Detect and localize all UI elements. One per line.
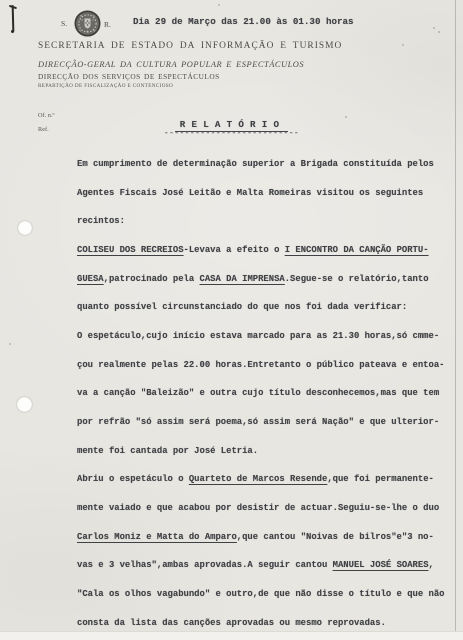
body-line: Carlos Moniz e Matta do Amparo,que canto…: [77, 523, 452, 552]
paper-speck: [218, 4, 220, 6]
paper-speck: [345, 116, 347, 118]
event-date-line: Dia 29 de Março das 21.00 às 01.30 horas: [133, 16, 354, 27]
paper-speck: [9, 343, 11, 345]
title-underline-dashes: --------------------------: [0, 132, 463, 136]
body-line: O espetáculo,cujo início estava marcado …: [77, 322, 452, 351]
body-line: mente foi cantada por José Letria.: [77, 437, 452, 466]
stamp-letter-r: R.: [104, 20, 111, 29]
letterhead-secretaria: SECRETARIA DE ESTADO DA INFORMAÇÃO E TUR…: [38, 41, 342, 51]
body-line: Agentes Fiscais José Leitão e Malta Rome…: [77, 179, 452, 208]
body-line: Abriu o espetáculo o Quarteto de Marcos …: [77, 465, 452, 494]
body-line: vas e 3 velhas",ambas aprovadas.A seguir…: [77, 551, 452, 580]
scanned-report-page: S. R. Dia 29 de Março das 21.00 às 01.30…: [0, 0, 463, 640]
paper-edge-line: [455, 0, 456, 633]
body-line: por refrão "só assim será poema,só assim…: [77, 408, 452, 437]
body-line: COLISEU DOS RECREIOS-Levava a efeito o I…: [77, 236, 452, 265]
body-line: va a canção "Baleizão" e outra cujo títu…: [77, 379, 452, 408]
paper-speck: [433, 27, 435, 29]
paper-speck: [402, 44, 404, 46]
paper-speck: [438, 31, 440, 33]
letterhead-direccao-servicos: DIRECÇÃO DOS SERVIÇOS DE ESPECTÁCULOS: [38, 72, 220, 81]
letterhead-direccao-geral: DIRECÇÃO-GERAL DA CULTURA POPULAR E ESPE…: [38, 60, 304, 69]
hole-punch-bottom: [17, 397, 32, 412]
body-line: çou realmente pelas 22.00 horas.Entretan…: [77, 351, 452, 380]
hole-punch-top: [18, 221, 32, 235]
body-line: Em cumprimento de determinação superior …: [77, 150, 452, 179]
body-line: quanto possível circunstanciado do que n…: [77, 293, 452, 322]
report-title-block: RELATÓRIO --------------------------: [0, 114, 463, 136]
body-line: GUESA,patrocinado pela CASA DA IMPRENSA.…: [77, 265, 452, 294]
report-body: Em cumprimento de determinação superior …: [77, 150, 452, 637]
body-line: recintos:: [77, 207, 452, 236]
letterhead-reparticao: REPARTIÇÃO DE FISCALIZAÇÃO E CONTENCIOSO: [38, 83, 173, 89]
scan-bottom-strip: [0, 631, 463, 640]
state-seal-icon: [74, 10, 101, 37]
body-line: mente vaiado e que acabou por desistir d…: [77, 494, 452, 523]
stamp-letter-s: S.: [61, 19, 67, 28]
body-line: "Cala os olhos vagabundo" e outro,de que…: [77, 580, 452, 609]
